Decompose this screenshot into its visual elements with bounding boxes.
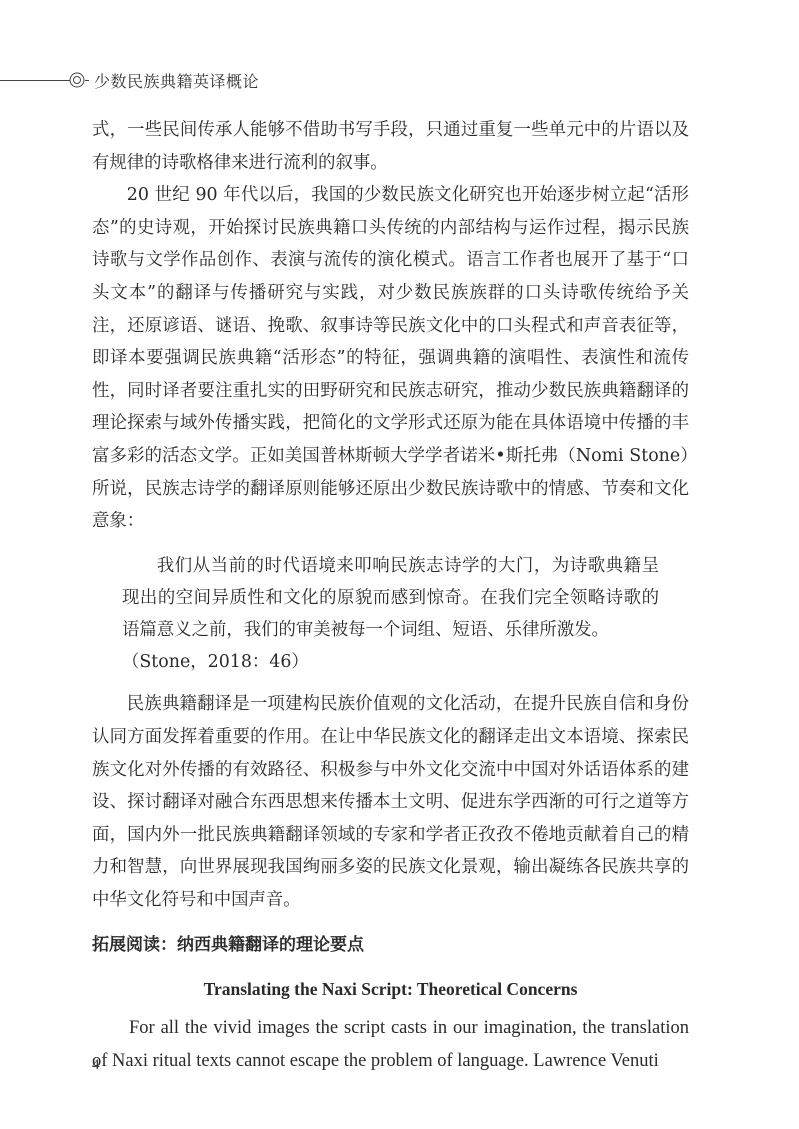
header-rule xyxy=(0,80,70,81)
running-header: 少数民族典籍英译概论 xyxy=(0,66,400,96)
concentric-circle-icon xyxy=(69,72,85,88)
block-quote-citation: （Stone，2018：46） xyxy=(122,646,659,679)
paragraph-translation-role: 民族典籍翻译是一项建构民族价值观的文化活动，在提升民族自信和身份认同方面发挥着重… xyxy=(92,688,689,916)
page-body: 式，一些民间传承人能够不借助书写手段，只通过重复一些单元中的片语以及有规律的诗歌… xyxy=(92,114,689,1078)
english-paragraph: For all the vivid images the script cast… xyxy=(92,1012,689,1078)
english-section-title: Translating the Naxi Script: Theoretical… xyxy=(92,974,689,1004)
page-number: 4 xyxy=(92,1057,100,1074)
header-rule-tick xyxy=(85,80,89,81)
block-quote: 我们从当前的时代语境来叩响民族志诗学的大门，为诗歌典籍呈现出的空间异质性和文化的… xyxy=(92,550,689,679)
block-quote-text: 我们从当前的时代语境来叩响民族志诗学的大门，为诗歌典籍呈现出的空间异质性和文化的… xyxy=(122,550,659,646)
paragraph-oral-tradition: 20 世纪 90 年代以后，我国的少数民族文化研究也开始逐步树立起“活形态”的史… xyxy=(92,179,689,538)
book-title: 少数民族典籍英译概论 xyxy=(94,69,259,92)
extended-reading-heading: 拓展阅读：纳西典籍翻译的理论要点 xyxy=(92,930,689,960)
paragraph-continued: 式，一些民间传承人能够不借助书写手段，只通过重复一些单元中的片语以及有规律的诗歌… xyxy=(92,114,689,179)
